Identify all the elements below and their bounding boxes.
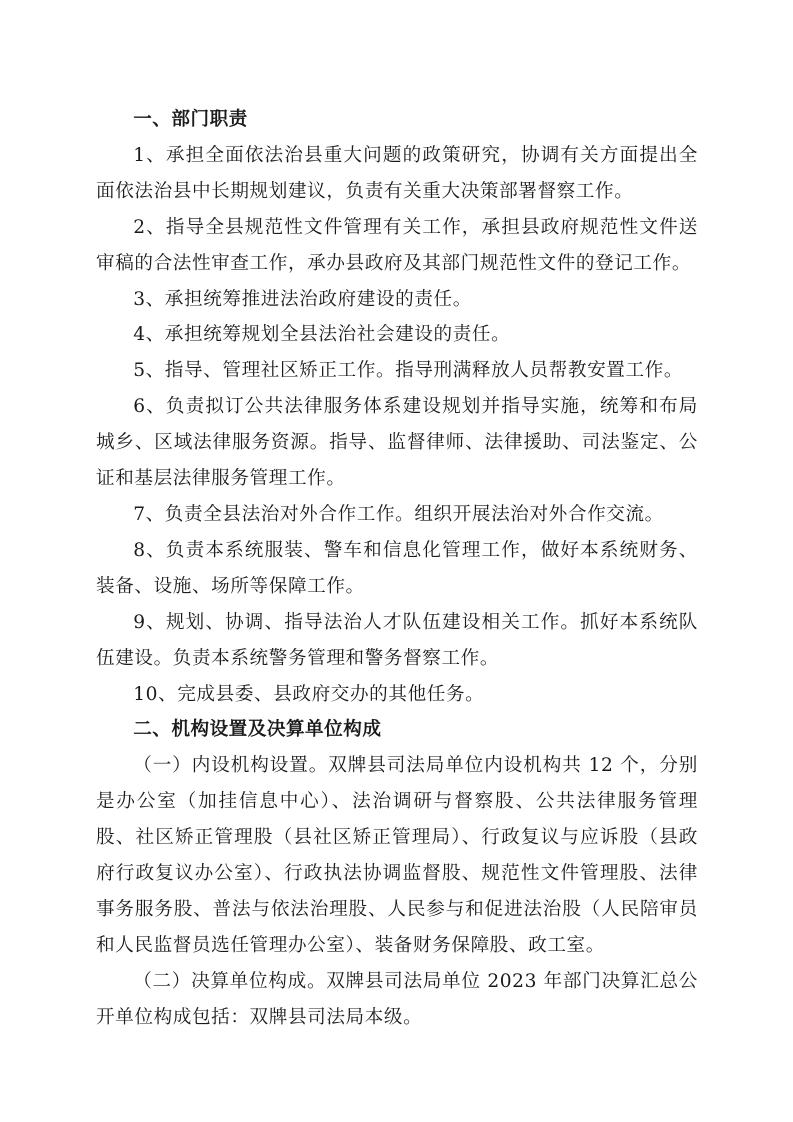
- duty-item-7: 7、负责全县法治对外合作工作。组织开展法治对外合作交流。: [96, 497, 698, 533]
- duty-item-3: 3、承担统筹推进法治政府建设的责任。: [96, 282, 698, 318]
- section-heading: 一、部门职责: [96, 102, 698, 138]
- duty-item-5: 5、指导、管理社区矫正工作。指导刑满释放人员帮教安置工作。: [96, 353, 698, 389]
- duty-item-8: 8、负责本系统服装、警车和信息化管理工作，做好本系统财务、装备、设施、场所等保障…: [96, 533, 698, 605]
- document-page: 一、部门职责 1、承担全面依法治县重大问题的政策研究，协调有关方面提出全面依法治…: [96, 102, 698, 1036]
- section-organization-structure: 二、机构设置及决算单位构成 （一）内设机构设置。双牌县司法局单位内设机构共 12…: [96, 712, 698, 1035]
- duty-item-4: 4、承担统筹规划全县法治社会建设的责任。: [96, 317, 698, 353]
- internal-departments-paragraph: （一）内设机构设置。双牌县司法局单位内设机构共 12 个，分别是办公室（加挂信息…: [96, 748, 698, 963]
- budget-units-paragraph: （二）决算单位构成。双牌县司法局单位 2023 年部门决算汇总公开单位构成包括：…: [96, 964, 698, 1036]
- duty-item-9: 9、规划、协调、指导法治人才队伍建设相关工作。抓好本系统队伍建设。负责本系统警务…: [96, 605, 698, 677]
- duty-item-2: 2、指导全县规范性文件管理有关工作，承担县政府规范性文件送审稿的合法性审查工作，…: [96, 210, 698, 282]
- section-heading: 二、机构设置及决算单位构成: [96, 712, 698, 748]
- section-department-duties: 一、部门职责 1、承担全面依法治县重大问题的政策研究，协调有关方面提出全面依法治…: [96, 102, 698, 712]
- duty-item-6: 6、负责拟订公共法律服务体系建设规划并指导实施，统筹和布局城乡、区域法律服务资源…: [96, 389, 698, 497]
- duty-item-10: 10、完成县委、县政府交办的其他任务。: [96, 677, 698, 713]
- duty-item-1: 1、承担全面依法治县重大问题的政策研究，协调有关方面提出全面依法治县中长期规划建…: [96, 138, 698, 210]
